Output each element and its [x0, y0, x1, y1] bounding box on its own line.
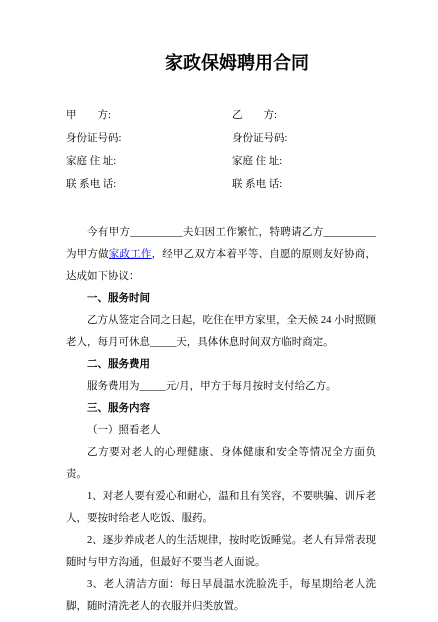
section-3-subheading-elder-care: （一）照看老人	[66, 420, 376, 442]
party-b-address-label: 家庭 住 址:	[232, 150, 398, 173]
section-3-heading: 三、服务内容	[66, 398, 376, 420]
party-a-block: 甲 方: 身份证号码: 家庭 住 址: 联 系电 话:	[66, 104, 232, 196]
section-2-paragraph-1: 服务费用为_____元/月，甲方于每月按时支付给乙方。	[66, 376, 376, 398]
section-1-heading: 一、服务时间	[66, 288, 376, 310]
contract-body: 今有甲方__________夫妇因工作繁忙，特聘请乙方__________为甲方…	[66, 222, 376, 618]
section-2-heading: 二、服务费用	[66, 354, 376, 376]
intro-paragraph: 今有甲方__________夫妇因工作繁忙，特聘请乙方__________为甲方…	[66, 222, 376, 288]
housekeeping-work-link[interactable]: 家政工作	[109, 249, 152, 260]
contract-document: 家政保姆聘用合同 甲 方: 身份证号码: 家庭 住 址: 联 系电 话: 乙 方…	[0, 0, 438, 622]
party-b-id-label: 身份证号码:	[232, 127, 398, 150]
party-a-phone-label: 联 系电 话:	[66, 173, 232, 196]
section-3-item-3: 3、老人清洁方面：每日早晨温水洗脸洗手，每星期给老人洗脚，随时清洗老人的衣服并归…	[66, 574, 376, 618]
party-a-address-label: 家庭 住 址:	[66, 150, 232, 173]
contract-title: 家政保姆聘用合同	[0, 50, 438, 76]
parties-info: 甲 方: 身份证号码: 家庭 住 址: 联 系电 话: 乙 方: 身份证号码: …	[66, 104, 438, 196]
section-3-item-2: 2、逐步养成老人的生活规律，按时吃饭睡觉。老人有异常表现随时与甲方沟通，但最好不…	[66, 530, 376, 574]
party-b-block: 乙 方: 身份证号码: 家庭 住 址: 联 系电 话:	[232, 104, 398, 196]
party-a-id-label: 身份证号码:	[66, 127, 232, 150]
section-1-paragraph-1: 乙方从签定合同之日起，吃住在甲方家里，全天候 24 小时照顾老人，每月可休息__…	[66, 310, 376, 354]
section-3-item-1: 1、对老人要有爱心和耐心，温和且有笑容，不要哄骗、训斥老人，要按时给老人吃饭、服…	[66, 486, 376, 530]
party-a-name-label: 甲 方:	[66, 104, 232, 127]
party-b-phone-label: 联 系电 话:	[232, 173, 398, 196]
section-3-paragraph-responsibility: 乙方要对老人的心理健康、身体健康和安全等情况全方面负责。	[66, 442, 376, 486]
party-b-name-label: 乙 方:	[232, 104, 398, 127]
